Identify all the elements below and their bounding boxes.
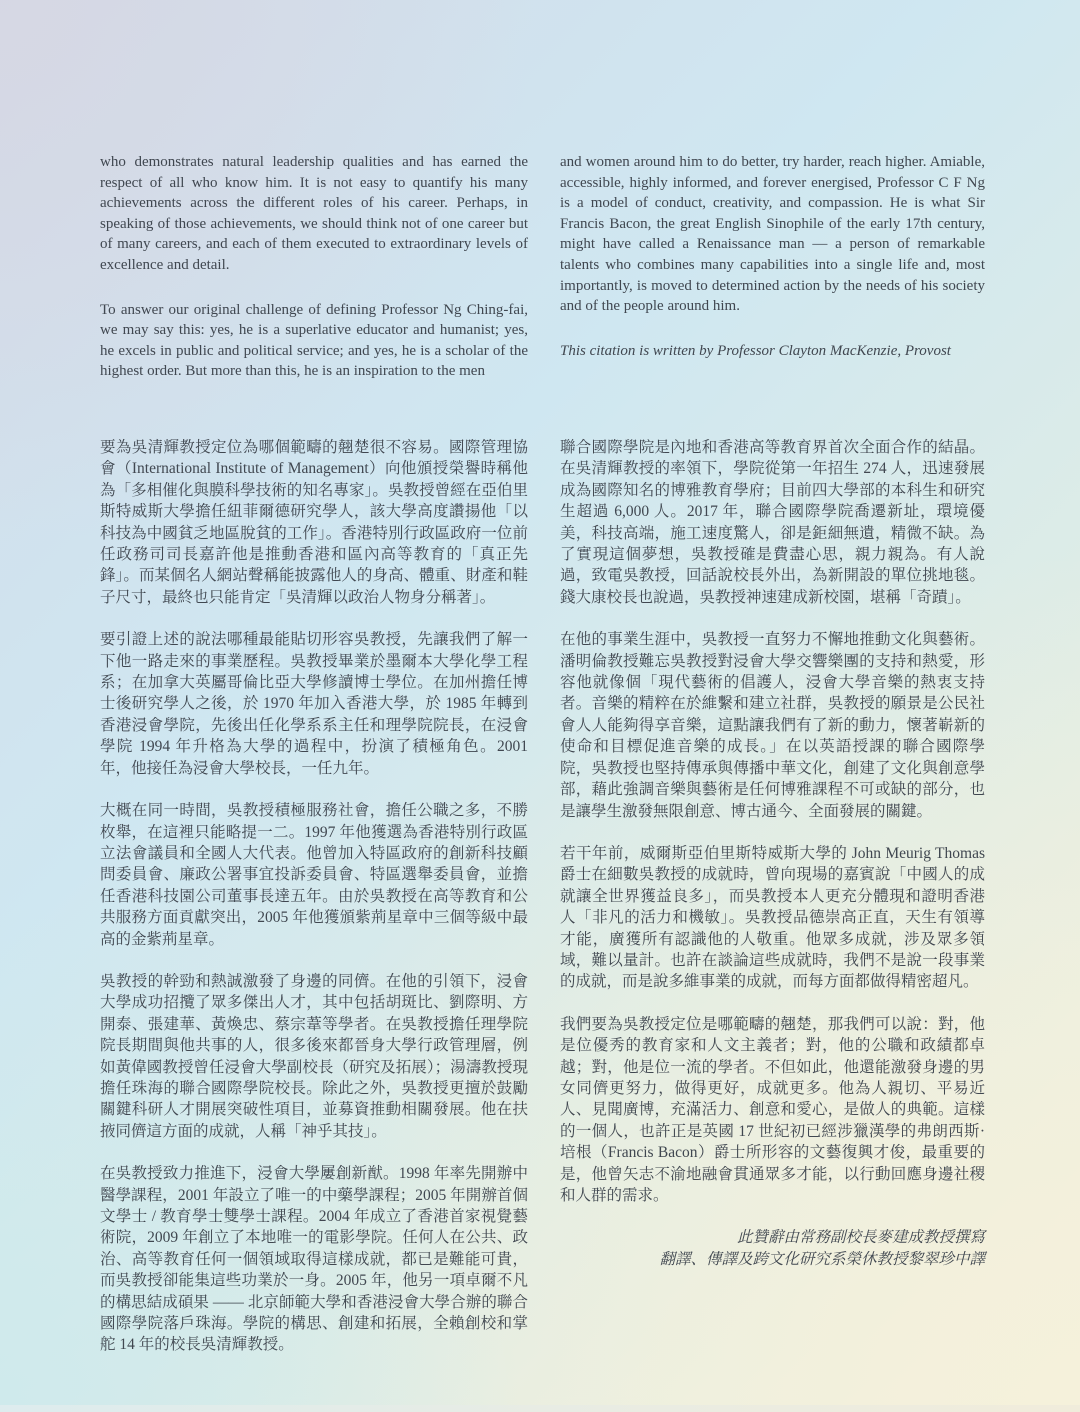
credit-line-translator: 翻譯、傳譯及跨文化研究系榮休教授黎翠珍中譯 bbox=[560, 1249, 985, 1270]
chinese-paragraph-7: 在他的事業生涯中，吳教授一直努力不懈地推動文化與藝術。潘明倫教授難忘吳教授對浸會… bbox=[560, 629, 985, 822]
credit-line-writer: 此贊辭由常務副校長麥建成教授撰寫 bbox=[560, 1227, 985, 1248]
citation-document-page: who demonstrates natural leadership qual… bbox=[0, 0, 1080, 1377]
citation-author-line: This citation is written by Professor Cl… bbox=[560, 341, 985, 362]
chinese-paragraph-1: 要為吳清輝教授定位為哪個範疇的翹楚很不容易。國際管理協會（Internation… bbox=[100, 437, 528, 608]
english-section-right: and women around him to do better, try h… bbox=[560, 152, 985, 437]
chinese-paragraph-8: 若干年前，威爾斯亞伯里斯特威斯大學的 John Meurig Thomas 爵士… bbox=[560, 843, 985, 993]
chinese-paragraph-5: 在吳教授致力推進下，浸會大學屢創新猷。1998 年率先開辦中醫學課程，2001 … bbox=[100, 1163, 528, 1356]
translation-credits: 此贊辭由常務副校長麥建成教授撰寫 翻譯、傳譯及跨文化研究系榮休教授黎翠珍中譯 bbox=[560, 1227, 985, 1270]
chinese-paragraph-6: 聯合國際學院是內地和香港高等教育界首次全面合作的結晶。在吳清輝教授的率領下，學院… bbox=[560, 437, 985, 608]
chinese-section-left: 要為吳清輝教授定位為哪個範疇的翹楚很不容易。國際管理協會（Internation… bbox=[100, 437, 528, 1356]
page-bottom-edge bbox=[0, 1405, 1080, 1412]
chinese-paragraph-9: 我們要為吳教授定位是哪範疇的翹楚，那我們可以說：對，他是位優秀的教育家和人文主義… bbox=[560, 1014, 985, 1207]
chinese-paragraph-4: 吳教授的幹勁和熱誠激發了身邊的同儕。在他的引領下，浸會大學成功招攬了眾多傑出人才… bbox=[100, 971, 528, 1142]
english-paragraph-3: and women around him to do better, try h… bbox=[560, 152, 985, 317]
chinese-paragraph-2: 要引證上述的說法哪種最能貼切形容吳教授，先讓我們了解一下他一路走來的事業歷程。吳… bbox=[100, 629, 528, 779]
english-section-left: who demonstrates natural leadership qual… bbox=[100, 152, 528, 437]
chinese-paragraph-3: 大概在同一時間，吳教授積極服務社會，擔任公職之多，不勝枚舉，在這裡只能略提一二。… bbox=[100, 800, 528, 950]
english-paragraph-1: who demonstrates natural leadership qual… bbox=[100, 152, 528, 276]
left-column: who demonstrates natural leadership qual… bbox=[100, 152, 528, 1377]
chinese-section-right: 聯合國際學院是內地和香港高等教育界首次全面合作的結晶。在吳清輝教授的率領下，學院… bbox=[560, 437, 985, 1270]
right-column: and women around him to do better, try h… bbox=[560, 152, 985, 1377]
english-paragraph-2: To answer our original challenge of defi… bbox=[100, 300, 528, 382]
